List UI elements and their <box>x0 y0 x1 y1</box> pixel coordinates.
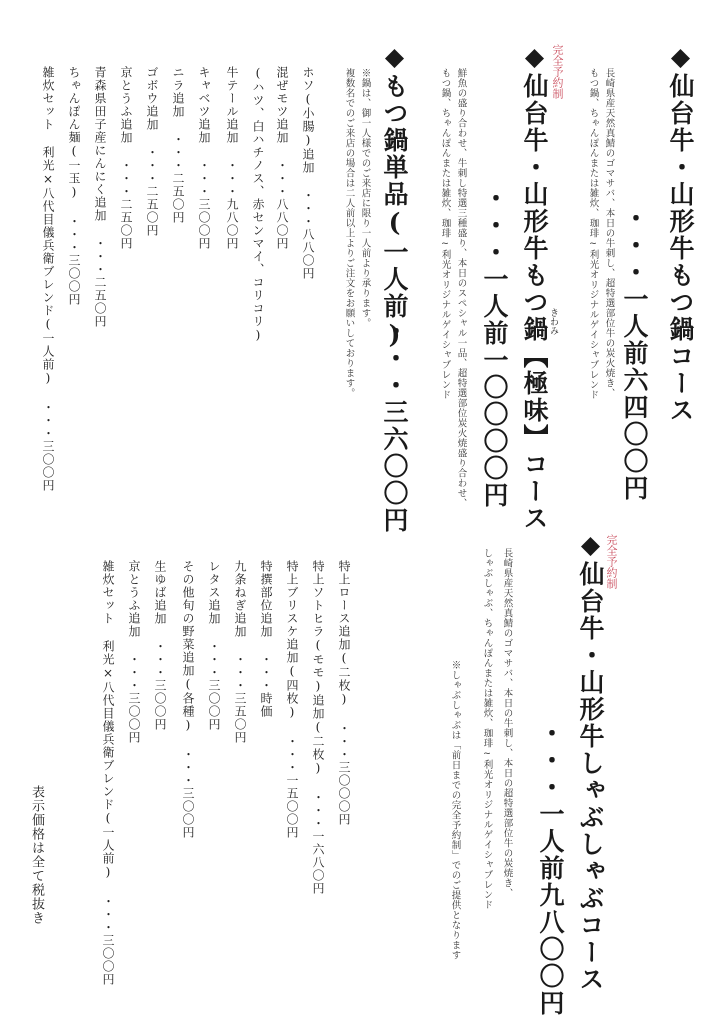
course2-price: ・・・一人前一〇〇〇〇円 <box>482 185 507 509</box>
course3-desc-line2: しゃぶしゃぶ、ちゃんぽんまたは雑炊、珈琲~利光オリジナルゲイシャブレンド <box>482 548 492 910</box>
course1-desc-line1: 長崎県産天然真鯖のゴマサバ、本日の牛刺し、超特選部位牛の炭火焼き、 <box>604 68 614 398</box>
addon-item: 雑炊セット 利光×八代目儀兵衛ブレンド(一人前) ・・・三〇〇円 <box>42 66 54 492</box>
addon-item: 雑炊セット 利光×八代目儀兵衛ブレンド(一人前) ・・・三〇〇円 <box>102 560 114 986</box>
addon-item: 特上ソトヒラ(モモ)追加(二枚) ・・・一六八〇円 <box>312 560 324 895</box>
course2-ruby: きわみ <box>548 308 557 335</box>
tax-note: 表示価格は全て税抜き <box>30 785 43 925</box>
course3-note: ※しゃぶしゃぶは「前日までの完全予約制」でのご提供となります <box>450 660 460 960</box>
reservation-badge: 完全予約制 <box>552 44 563 99</box>
course1-title: ◆仙台牛・山形牛もつ鍋コース <box>668 42 693 424</box>
course1-desc-line2: もつ鍋、ちゃんぽんまたは雑炊、珈琲~利光オリジナルゲイシャブレンド <box>588 68 598 400</box>
single-note-line1: ※鍋は、御一人様でのご来店に限り一人前より承ります。 <box>360 68 370 328</box>
addon-item: 混ぜモツ追加 ・・・八八〇円 <box>276 66 288 250</box>
course2-desc-line2: もつ鍋、ちゃんぽんまたは雑炊、珈琲~利光オリジナルゲイシャブレンド <box>440 68 450 400</box>
addon-item: (ハツ、白ハチノス、赤センマイ、コリコリ) <box>252 66 264 343</box>
addon-item: レタス追加 ・・・三〇〇円 <box>208 560 220 731</box>
addon-item: キャベツ追加 ・・・三〇〇円 <box>198 66 210 250</box>
course1-price: ・・・一人前六四〇〇円 <box>622 205 647 502</box>
course2-title: ◆仙台牛・山形牛もつ鍋【極味】コース <box>522 42 547 532</box>
reservation-badge: 完全予約制 <box>606 534 617 589</box>
addon-item: 特撰部位追加 ・・・時価 <box>260 560 272 718</box>
course2-desc-line1: 鮮魚の盛り合わせ、牛刺し特選三種盛り、本日のスペシャル一品、超特選部位炭火焼盛り… <box>456 68 466 508</box>
addon-item: 牛テール追加 ・・・九八〇円 <box>226 66 238 250</box>
addon-item: ゴボウ追加 ・・・二五〇円 <box>146 66 158 237</box>
course3-desc-line1: 長崎県産天然真鯖のゴマサバ、本日の牛刺し、本日の超特選部位牛の炭焼き、 <box>502 548 512 898</box>
addon-item: 生ゆば追加 ・・・三〇〇円 <box>154 560 166 731</box>
single-note-line2: 複数名でのご来店の場合は二人前以上よりご注文をお願いしております。 <box>344 68 354 398</box>
addon-item: 九条ねぎ追加 ・・・三五〇円 <box>234 560 246 744</box>
addon-item: 特上ブリスケ追加(四枚) ・・・一五〇〇円 <box>286 560 298 839</box>
single-title: ◆もつ鍋単品(一人前) <box>382 42 407 351</box>
addon-item: ちゃんぽん麺(一玉) ・・・三〇〇円 <box>68 66 80 306</box>
addon-item: 青森県田子産にんにく追加 ・・・二五〇円 <box>94 66 106 328</box>
addon-item: 京とうふ追加 ・・・二五〇円 <box>120 66 132 250</box>
addon-item: ニラ追加 ・・・二五〇円 <box>172 66 184 224</box>
course3-title: ◆仙台牛・山形牛しゃぶしゃぶコース <box>578 530 603 993</box>
addon-item: 京とうふ追加 ・・・三〇〇円 <box>128 560 140 744</box>
addon-item: ホソ(小腸)追加 ・・・八八〇円 <box>302 66 314 280</box>
single-price: ・・・三六〇〇円 <box>382 318 407 534</box>
addon-item: その他旬の野菜追加(各種) ・・・三〇〇円 <box>182 560 194 839</box>
course3-price: ・・・一人前九八〇〇円 <box>538 720 563 1017</box>
addon-item: 特上ロース追加(二枚) ・・・三〇〇〇円 <box>338 560 350 826</box>
